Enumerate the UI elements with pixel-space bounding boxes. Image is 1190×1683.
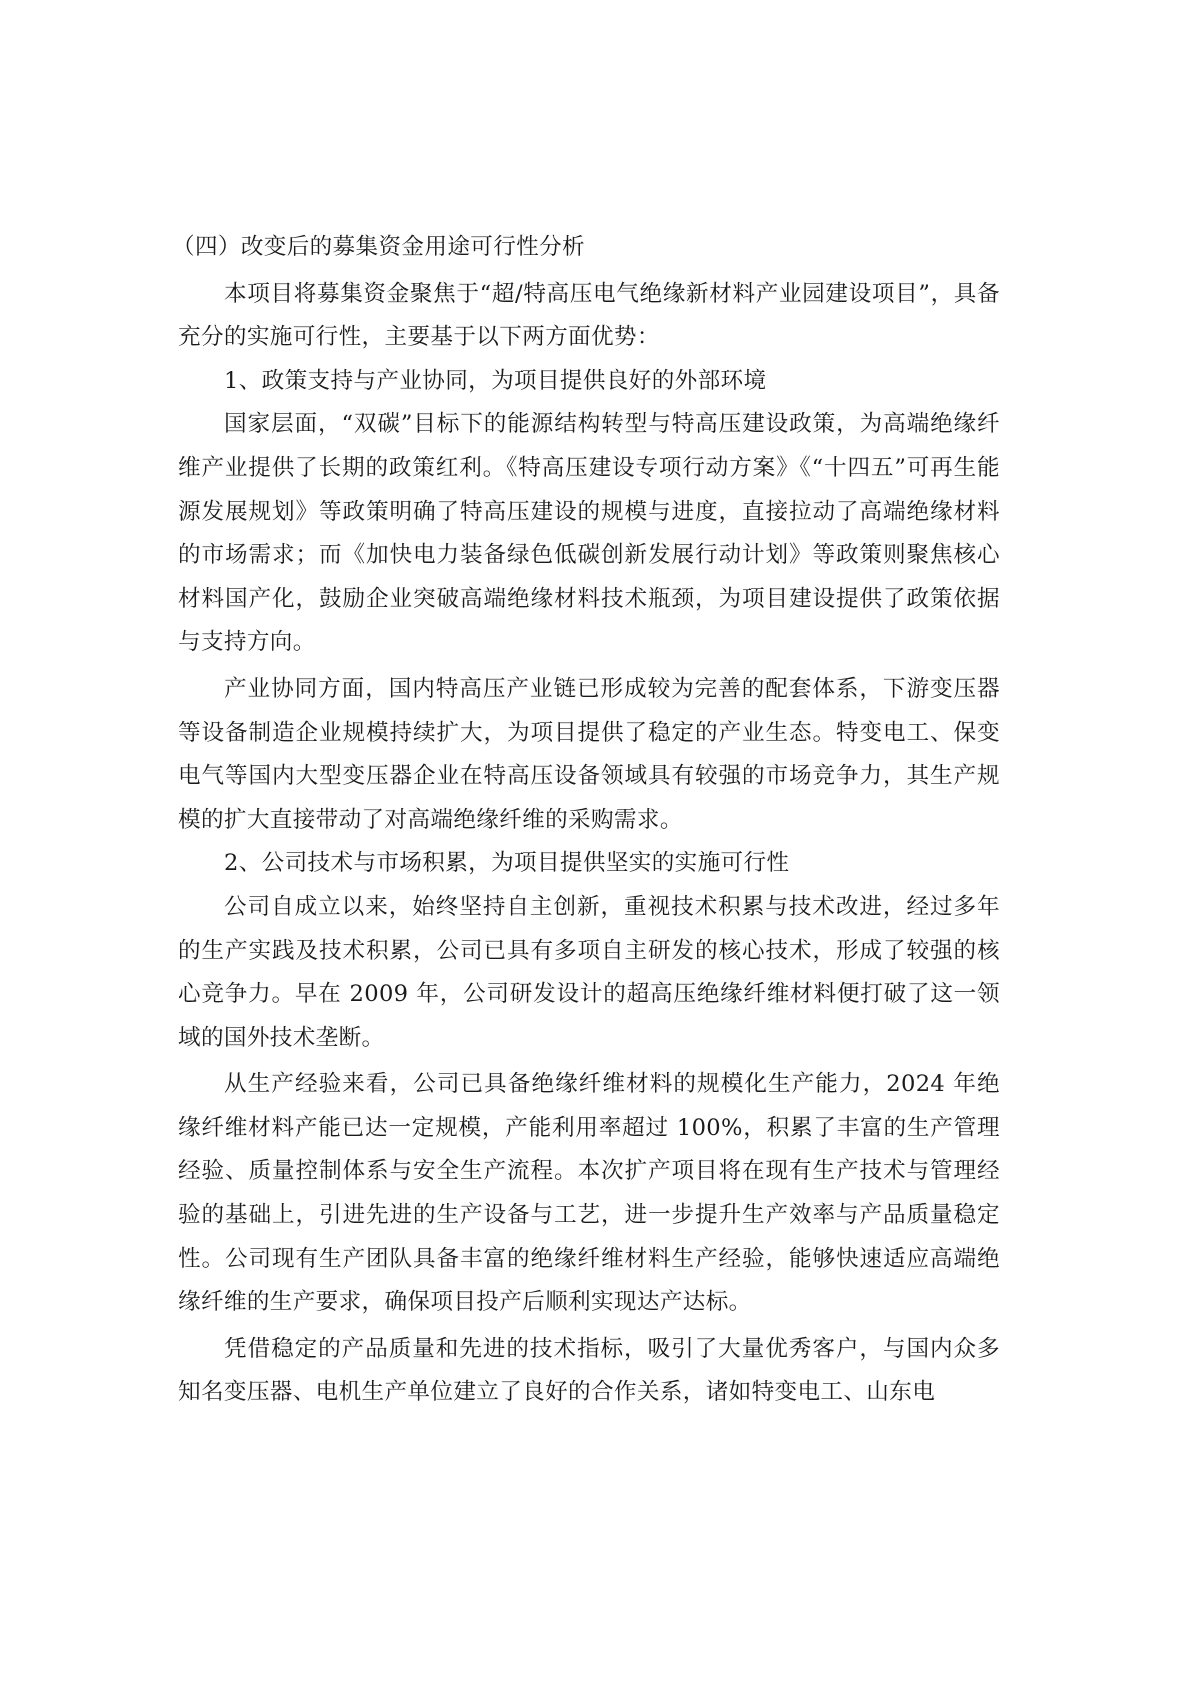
section-heading: （四）改变后的募集资金用途可行性分析 — [178, 226, 1000, 270]
industry-synergy-paragraph: 产业协同方面，国内特高压产业链已形成较为完善的配套体系，下游变压器等设备制造企业… — [178, 668, 1000, 842]
subsection-2-title: 2、公司技术与市场积累，为项目提供坚实的实施可行性 — [178, 842, 1000, 886]
subsection-1-title: 1、政策支持与产业协同，为项目提供良好的外部环境 — [178, 360, 1000, 404]
technology-paragraph: 公司自成立以来，始终坚持自主创新，重视技术积累与技术改进，经过多年的生产实践及技… — [178, 886, 1000, 1060]
intro-paragraph: 本项目将募集资金聚焦于“超/特高压电气绝缘新材料产业园建设项目”，具备充分的实施… — [178, 273, 1000, 360]
customers-paragraph: 凭借稳定的产品质量和先进的技术指标，吸引了大量优秀客户，与国内众多知名变压器、电… — [178, 1328, 1000, 1415]
document-page: （四）改变后的募集资金用途可行性分析 本项目将募集资金聚焦于“超/特高压电气绝缘… — [178, 226, 1000, 1415]
production-experience-paragraph: 从生产经验来看，公司已具备绝缘纤维材料的规模化生产能力，2024 年绝缘纤维材料… — [178, 1063, 1000, 1325]
policy-paragraph: 国家层面，“双碳”目标下的能源结构转型与特高压建设政策，为高端绝缘纤维产业提供了… — [178, 403, 1000, 665]
